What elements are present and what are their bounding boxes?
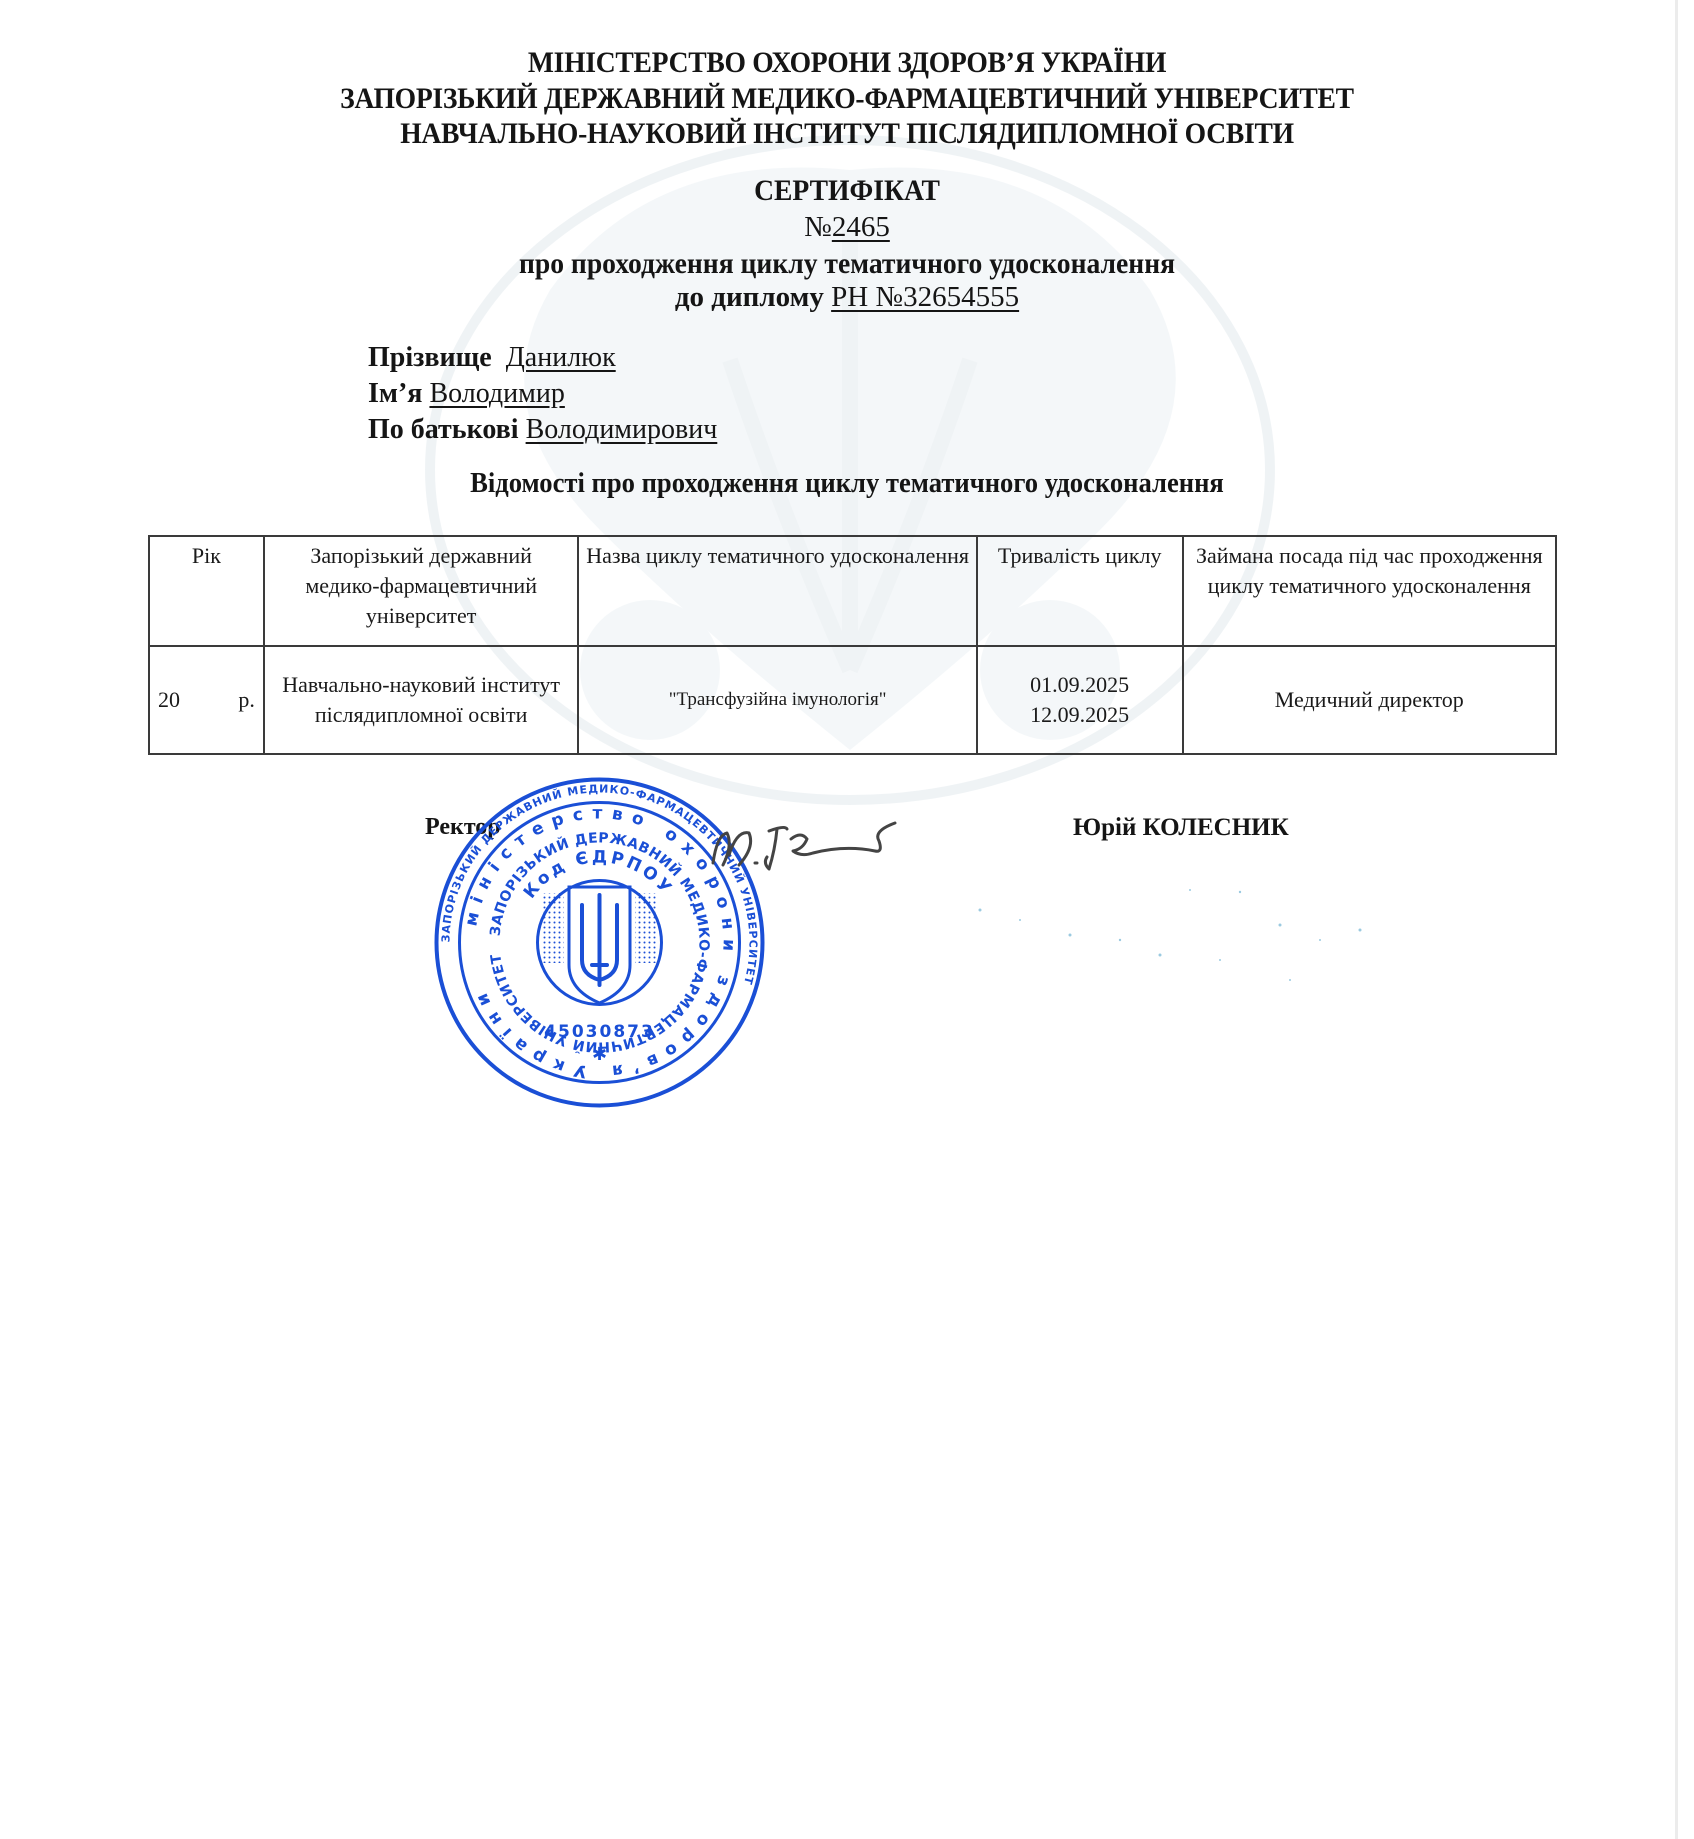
name-value: Володимир [429, 378, 564, 409]
header-university: Запорізький державний медико-фармацевтич… [264, 536, 579, 646]
patronymic-value: Володимирович [526, 414, 718, 445]
table-header-row: Рік Запорізький державний медико-фармаце… [149, 536, 1556, 646]
surname-value: Данилюк [506, 342, 616, 373]
cell-year: 20 р. [149, 646, 264, 754]
cell-cycle-name: "Трансфузійна імунологія" [578, 646, 976, 754]
certificate-subtitle: про проходження циклу тематичного удоско… [68, 247, 1626, 281]
cycle-info-table: Рік Запорізький державний медико-фармаце… [148, 535, 1557, 755]
year-prefix: 20 [158, 685, 180, 715]
cell-position: Медичний директор [1183, 646, 1556, 754]
header-year: Рік [149, 536, 264, 646]
signatory-name: Юрій КОЛЕСНИК [1073, 814, 1289, 842]
certificate-number-line: №2465 [0, 211, 1694, 244]
header-cycle-name: Назва циклу тематичного удосконалення [578, 536, 976, 646]
header-position: Займана посада під час проходження циклу… [1183, 536, 1556, 646]
cell-duration: 01.09.2025 12.09.2025 [977, 646, 1183, 754]
table-row: 20 р. Навчально-науковий інститут післяд… [149, 646, 1556, 754]
header-institute: НАВЧАЛЬНО-НАУКОВИЙ ІНСТИТУТ ПІСЛЯДИПЛОМН… [68, 117, 1626, 151]
rector-signature-icon [705, 805, 905, 880]
name-label: Ім’я [368, 378, 422, 409]
header-university: ЗАПОРІЗЬКИЙ ДЕРЖАВНИЙ МЕДИКО-ФАРМАЦЕВТИЧ… [68, 82, 1626, 116]
header-duration: Тривалість циклу [977, 536, 1183, 646]
diploma-line: до диплому РН №32654555 [0, 281, 1694, 314]
patronymic-row: По батькові Володимирович [368, 412, 717, 448]
surname-row: Прізвище Данилюк [368, 340, 717, 376]
name-row: Ім’я Володимир [368, 376, 717, 412]
header-ministry: МІНІСТЕРСТВО ОХОРОНИ ЗДОРОВ’Я УКРАЇНИ [68, 46, 1626, 80]
svg-text:45030873: 45030873 [544, 1022, 655, 1042]
certificate-number-prefix: № [804, 211, 832, 243]
page-edge [1675, 0, 1678, 1839]
diploma-number: РН №32654555 [831, 281, 1019, 313]
person-block: Прізвище Данилюк Ім’я Володимир По батьк… [368, 340, 717, 448]
date-end: 12.09.2025 [984, 700, 1176, 730]
certificate-number: 2465 [832, 211, 890, 243]
patronymic-label: По батькові [368, 414, 519, 445]
section-title: Відомості про проходження циклу тематичн… [42, 468, 1651, 500]
scan-specks [960, 880, 1400, 1020]
cell-institution: Навчально-науковий інститут післядипломн… [264, 646, 579, 754]
svg-text:✱: ✱ [592, 1044, 607, 1065]
year-suffix: р. [238, 685, 255, 715]
surname-label: Прізвище [368, 342, 492, 373]
diploma-prefix: до диплому [675, 281, 824, 313]
certificate-title: СЕРТИФІКАТ [68, 174, 1626, 208]
date-start: 01.09.2025 [984, 670, 1176, 700]
